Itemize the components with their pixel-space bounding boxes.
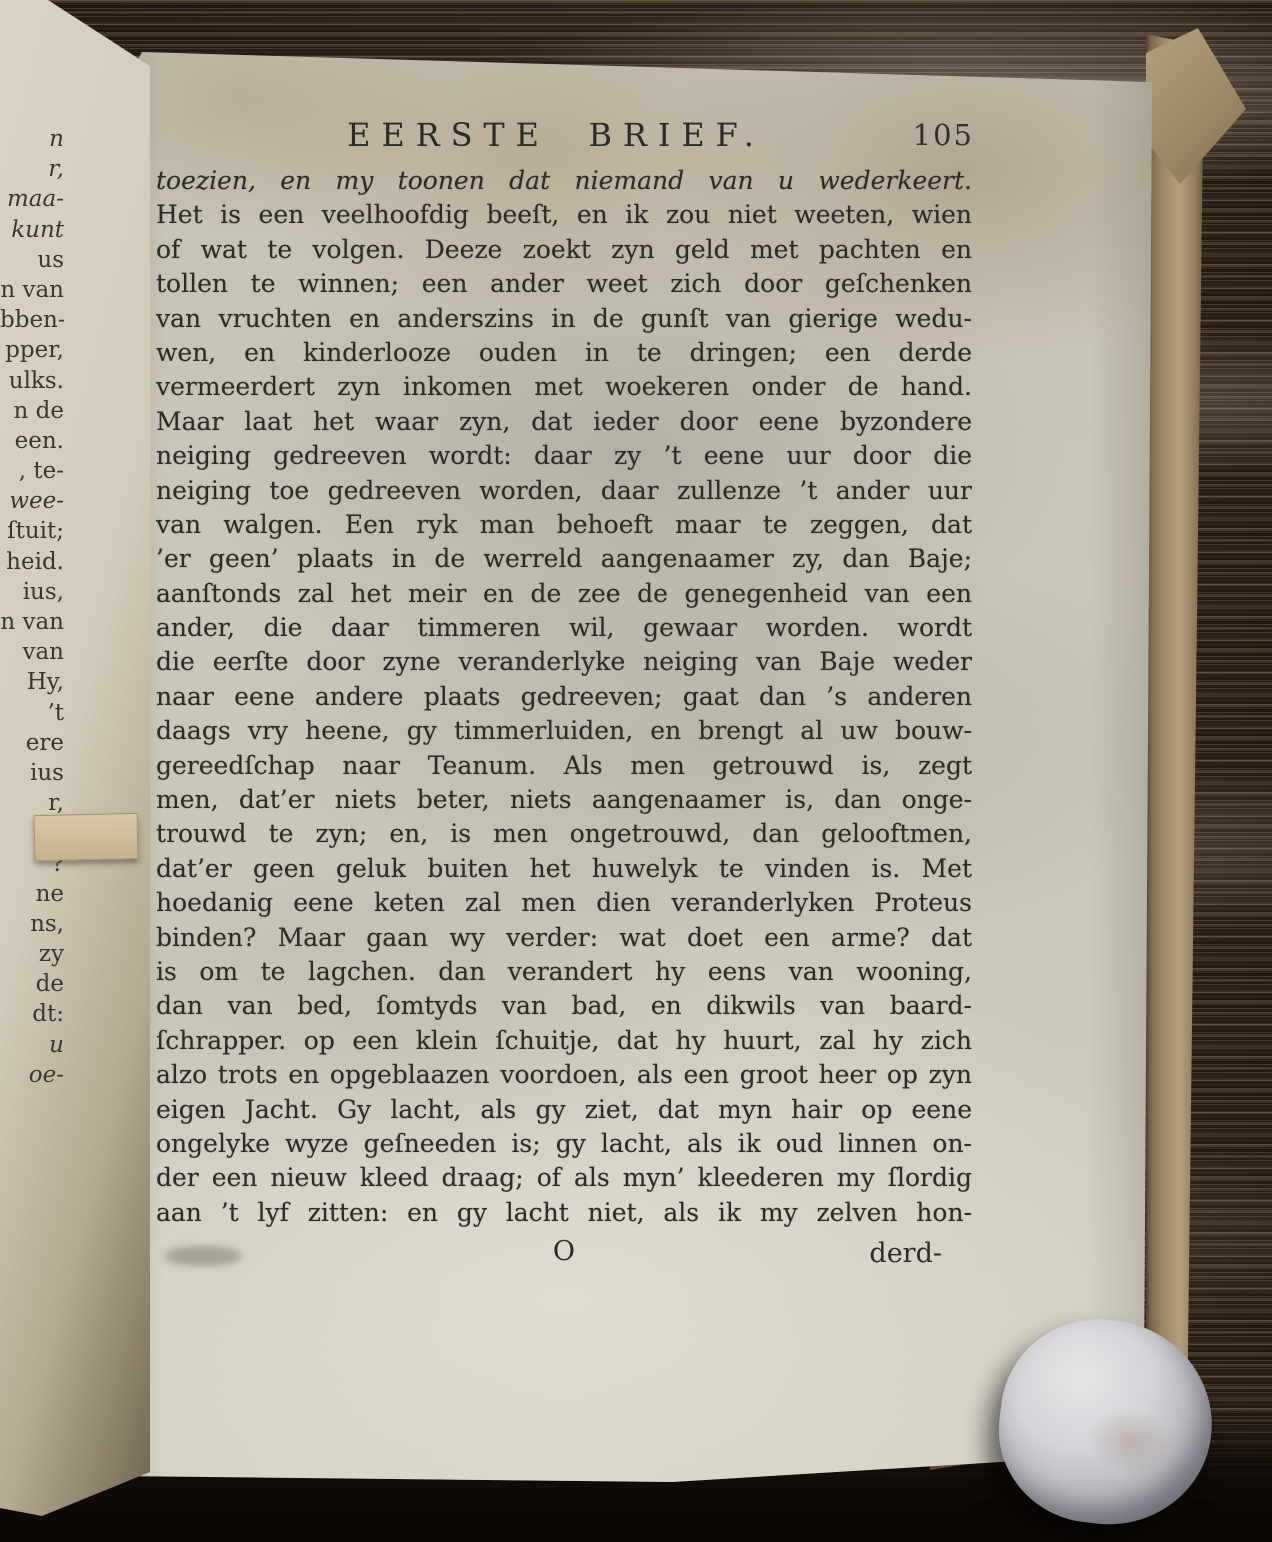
- left-page-text-fragment: oe-: [0, 1060, 64, 1090]
- text-line: dat’er geen geluk buiten het huwelyk te …: [156, 854, 972, 888]
- page-number: 105: [913, 118, 974, 152]
- left-page-text-fragment: een.: [0, 426, 64, 456]
- left-page-text-fragment: maa-: [0, 184, 64, 214]
- text-line: neiging toe gedreeven worden, daar zulle…: [156, 476, 972, 510]
- text-line: trouwd te zyn; en, is men ongetrouwd, da…: [156, 819, 972, 853]
- left-page-text-fragment: n van: [0, 275, 64, 305]
- left-page-text-fragment: u: [0, 1030, 64, 1060]
- left-page-text-fragment: bben-: [0, 305, 64, 335]
- left-page-text-fragment: pper,: [0, 335, 64, 365]
- left-page-text-fragment: ns,: [0, 909, 64, 939]
- book-photo-scene: n min-r, danmaa-kuntus te-n vanbben-pper…: [0, 0, 1272, 1542]
- text-line: gereedſchap naar Teanum. Als men getrouw…: [156, 751, 972, 785]
- text-line: ander, die daar timmeren wil, gewaar wor…: [156, 613, 972, 647]
- text-line: of wat te volgen. Deeze zoekt zyn geld m…: [156, 235, 972, 269]
- text-line: eigen Jacht. Gy lacht, als gy ziet, dat …: [156, 1095, 972, 1129]
- left-page-text-fragment: r, dan: [0, 154, 64, 184]
- left-page-text-fragment: ſtuit;: [0, 516, 64, 546]
- left-page-text-fragment: kunt: [0, 215, 64, 245]
- text-line: ’er geen’ plaats in de werreld aangenaam…: [156, 544, 972, 578]
- text-line: vermeerdert zyn inkomen met woekeren ond…: [156, 372, 972, 406]
- text-line: ſchrapper. op een klein ſchuitje, dat hy…: [156, 1026, 972, 1060]
- text-line: men, dat’er niets beter, niets aangenaam…: [156, 785, 972, 819]
- left-page-text-fragment: ne: [0, 879, 64, 909]
- text-line: Maar laat het waar zyn, dat ieder door e…: [156, 407, 972, 441]
- left-page-text-fragment: ere: [0, 728, 64, 758]
- left-page-text-fragment: , te-: [0, 456, 64, 486]
- text-line: van vruchten en anderszins in de gunſt v…: [156, 304, 972, 338]
- text-line: aanſtonds zal het meir en de zee de gene…: [156, 579, 972, 613]
- text-line: binden? Maar gaan wy verder: wat doet ee…: [156, 923, 972, 957]
- left-page-text-fragment: zy: [0, 939, 64, 969]
- bookmark-tab: [34, 813, 139, 861]
- catchword: derd-: [869, 1238, 942, 1269]
- book-page: EERSTE BRIEF. 105 toezien, en my toonen …: [112, 40, 1152, 1500]
- text-line: neiging gedreeven wordt: daar zy ’t eene…: [156, 441, 972, 475]
- left-page-text-fragment: n de: [0, 396, 64, 426]
- text-line: daags vry heene, gy timmerluiden, en bre…: [156, 716, 972, 750]
- text-line: die eerſte door zyne veranderlyke neigin…: [156, 647, 972, 681]
- left-page-text-fragment: van: [0, 637, 64, 667]
- left-page-edge: n min-r, danmaa-kuntus te-n vanbben-pper…: [0, 0, 150, 1520]
- text-line: alzo trots en opgeblaazen voordoen, als …: [156, 1060, 972, 1094]
- chapter-title: EERSTE BRIEF.: [146, 116, 966, 154]
- left-page-text-fragment: ius: [0, 758, 64, 788]
- text-line: hoedanig eene keten zal men dien verande…: [156, 888, 972, 922]
- body-text: toezien, en my toonen dat niemand van u …: [156, 166, 972, 1232]
- left-page-fragments: n min-r, danmaa-kuntus te-n vanbben-pper…: [0, 124, 64, 1090]
- left-page-text-fragment: ius,: [0, 577, 64, 607]
- left-page-text-fragment: heid.: [0, 547, 64, 577]
- signature-mark: O: [156, 1236, 972, 1267]
- left-page-text-fragment: n van: [0, 607, 64, 637]
- left-page-text-fragment: ’t: [0, 698, 64, 728]
- text-line: toezien, en my toonen dat niemand van u …: [156, 166, 972, 200]
- text-line: dan van bed, ſomtyds van bad, en dikwils…: [156, 991, 972, 1025]
- ink-smudge: [164, 1246, 242, 1266]
- left-page-text-fragment: Hy,: [0, 667, 64, 697]
- left-page-text-fragment: de: [0, 969, 64, 999]
- text-line: aan ’t lyf zitten: en gy lacht niet, als…: [156, 1198, 972, 1232]
- text-line: is om te lagchen. dan verandert hy eens …: [156, 957, 972, 991]
- left-page-text-fragment: wee-: [0, 486, 64, 516]
- left-page-text-fragment: n min-: [0, 124, 64, 154]
- running-header: EERSTE BRIEF. 105: [146, 116, 976, 158]
- left-page-text-fragment: ulks.: [0, 366, 64, 396]
- text-line: tollen te winnen; een ander weet zich do…: [156, 269, 972, 303]
- text-line: wen, en kinderlooze ouden in te dringen;…: [156, 338, 972, 372]
- left-page-text-fragment: us te-: [0, 245, 64, 275]
- text-line: ongelyke wyze geſneeden is; gy lacht, al…: [156, 1129, 972, 1163]
- signature-row: O derd-: [156, 1236, 972, 1274]
- text-line: der een nieuw kleed draag; of als myn’ k…: [156, 1163, 972, 1197]
- text-line: van walgen. Een ryk man behoeft maar te …: [156, 510, 972, 544]
- text-line: naar eene andere plaats gedreeven; gaat …: [156, 682, 972, 716]
- left-page-text-fragment: dt:: [0, 999, 64, 1029]
- text-line: Het is een veelhoofdig beeſt, en ik zou …: [156, 200, 972, 234]
